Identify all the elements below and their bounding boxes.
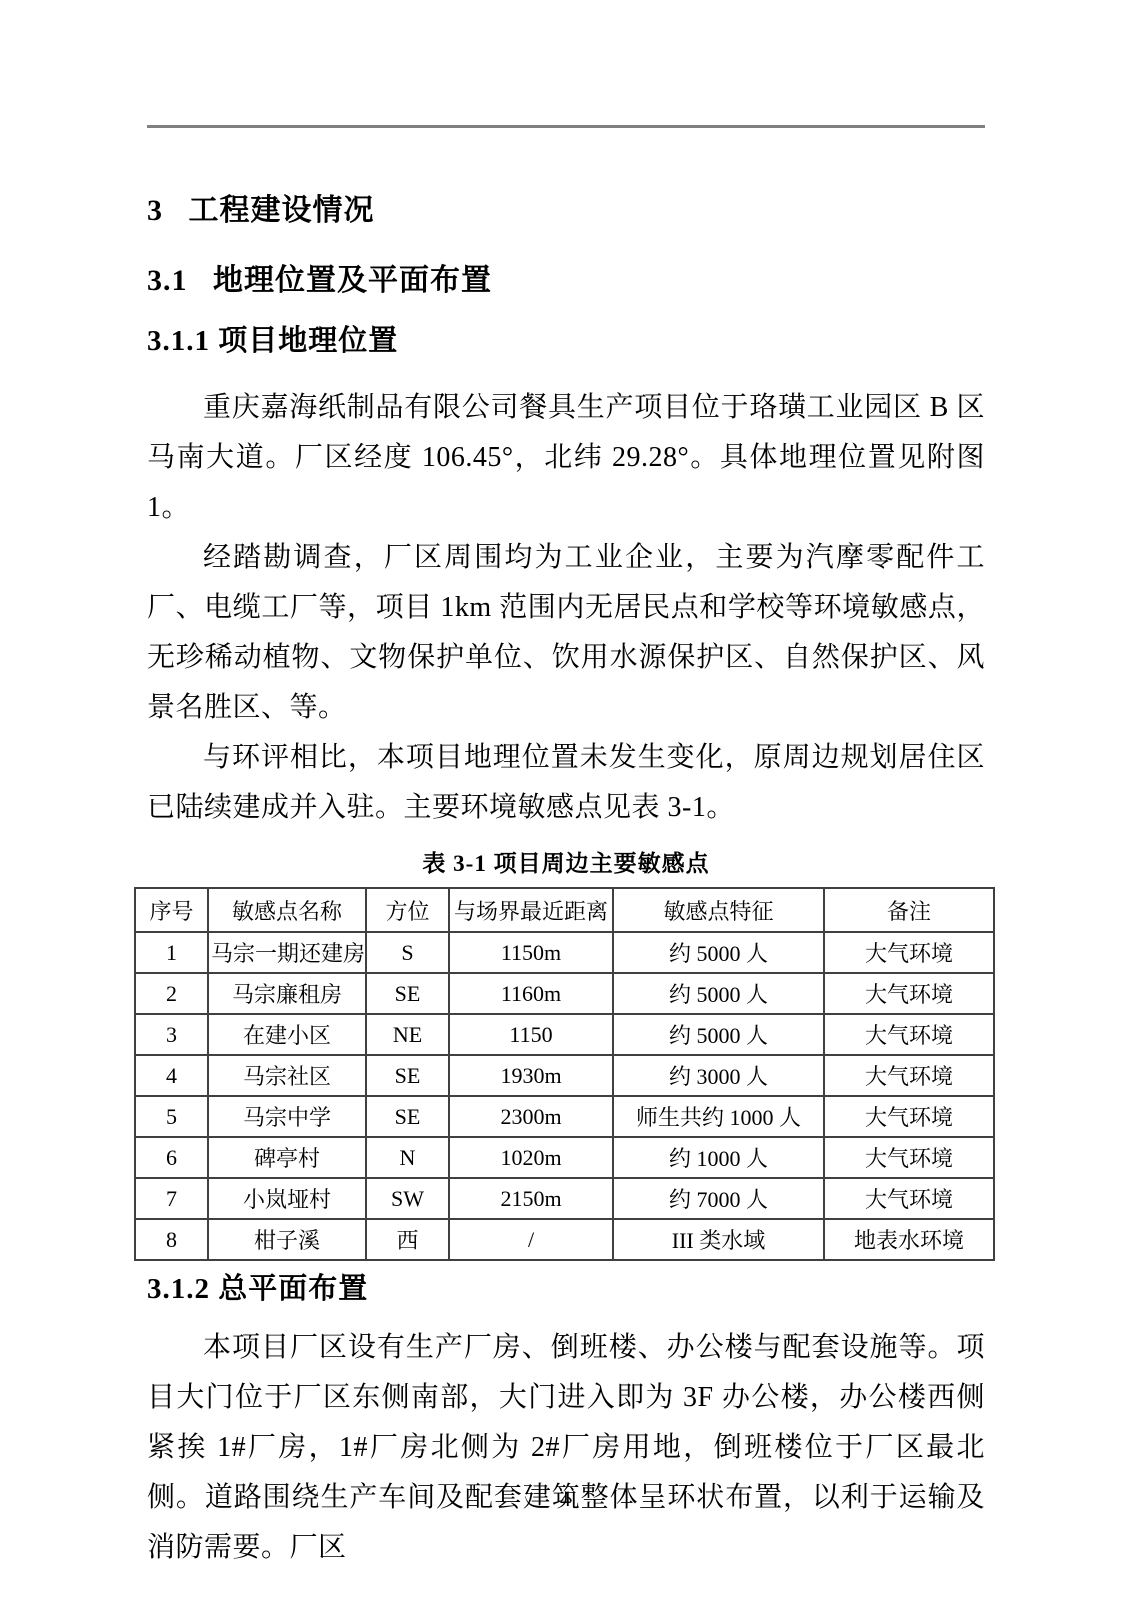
column-header: 与场界最近距离 <box>449 888 613 932</box>
table-cell: NE <box>366 1014 449 1055</box>
body-text-block-1: 重庆嘉海纸制品有限公司餐具生产项目位于珞璜工业园区 B 区马南大道。厂区经度 1… <box>147 383 985 833</box>
table-cell: III 类水域 <box>613 1219 824 1260</box>
table-body: 1马宗一期还建房S1150m约 5000 人大气环境2马宗廉租房SE1160m约… <box>135 932 994 1260</box>
table-cell: S <box>366 932 449 973</box>
table-row: 4马宗社区SE1930m约 3000 人大气环境 <box>135 1055 994 1096</box>
table-cell: 2 <box>135 973 208 1014</box>
table-cell: 马宗中学 <box>208 1096 366 1137</box>
page-number: 4 <box>0 1486 1131 1512</box>
sensitive-points-table: 序号敏感点名称方位与场界最近距离敏感点特征备注 1马宗一期还建房S1150m约 … <box>134 887 995 1261</box>
table-cell: 大气环境 <box>824 973 994 1014</box>
paragraph: 本项目厂区设有生产厂房、倒班楼、办公楼与配套设施等。项目大门位于厂区东侧南部，大… <box>147 1323 985 1573</box>
table-cell: N <box>366 1137 449 1178</box>
column-header: 敏感点名称 <box>208 888 366 932</box>
table-cell: 8 <box>135 1219 208 1260</box>
table-header-row: 序号敏感点名称方位与场界最近距离敏感点特征备注 <box>135 888 994 932</box>
table-row: 2马宗廉租房SE1160m约 5000 人大气环境 <box>135 973 994 1014</box>
column-header: 序号 <box>135 888 208 932</box>
table-cell: 大气环境 <box>824 1178 994 1219</box>
table-cell: 6 <box>135 1137 208 1178</box>
subsubsection-heading-layout: 3.1.2 总平面布置 <box>147 1266 985 1307</box>
table-cell: 7 <box>135 1178 208 1219</box>
table-row: 3在建小区NE1150约 5000 人大气环境 <box>135 1014 994 1055</box>
table-cell: SE <box>366 1055 449 1096</box>
table-cell: SW <box>366 1178 449 1219</box>
table-cell: 西 <box>366 1219 449 1260</box>
table-cell: 在建小区 <box>208 1014 366 1055</box>
subsection-heading: 3.1 地理位置及平面布置 <box>147 255 985 299</box>
table-cell: 约 7000 人 <box>613 1178 824 1219</box>
table-cell: 约 3000 人 <box>613 1055 824 1096</box>
table-cell: 约 5000 人 <box>613 1014 824 1055</box>
table-cell: 马宗社区 <box>208 1055 366 1096</box>
table-cell: 1150 <box>449 1014 613 1055</box>
table-cell: SE <box>366 973 449 1014</box>
table-cell: 1 <box>135 932 208 973</box>
table-cell: 3 <box>135 1014 208 1055</box>
paragraph: 重庆嘉海纸制品有限公司餐具生产项目位于珞璜工业园区 B 区马南大道。厂区经度 1… <box>147 383 985 533</box>
table-cell: 碑亭村 <box>208 1137 366 1178</box>
table-cell: 2150m <box>449 1178 613 1219</box>
table-cell: 4 <box>135 1055 208 1096</box>
table-row: 8柑子溪西/III 类水域地表水环境 <box>135 1219 994 1260</box>
table-cell: 5 <box>135 1096 208 1137</box>
paragraph: 经踏勘调查，厂区周围均为工业企业，主要为汽摩零配件工厂、电缆工厂等，项目 1km… <box>147 533 985 733</box>
table-cell: 师生共约 1000 人 <box>613 1096 824 1137</box>
table-cell: 马宗一期还建房 <box>208 932 366 973</box>
table-caption: 表 3-1 项目周边主要敏感点 <box>147 845 985 878</box>
body-text-block-2: 本项目厂区设有生产厂房、倒班楼、办公楼与配套设施等。项目大门位于厂区东侧南部，大… <box>147 1323 985 1573</box>
table-cell: 1930m <box>449 1055 613 1096</box>
table-cell: 马宗廉租房 <box>208 973 366 1014</box>
table-row: 1马宗一期还建房S1150m约 5000 人大气环境 <box>135 932 994 973</box>
column-header: 敏感点特征 <box>613 888 824 932</box>
header-rule <box>147 125 985 128</box>
table-cell: 大气环境 <box>824 1014 994 1055</box>
subsubsection-heading-geo: 3.1.1 项目地理位置 <box>147 318 985 359</box>
paragraph: 与环评相比，本项目地理位置未发生变化，原周边规划居住区已陆续建成并入驻。主要环境… <box>147 733 985 833</box>
table-row: 6碑亭村N1020m约 1000 人大气环境 <box>135 1137 994 1178</box>
table-cell: 大气环境 <box>824 932 994 973</box>
table-cell: 约 5000 人 <box>613 973 824 1014</box>
table-cell: 1160m <box>449 973 613 1014</box>
table-cell: 地表水环境 <box>824 1219 994 1260</box>
table-row: 5马宗中学SE2300m师生共约 1000 人大气环境 <box>135 1096 994 1137</box>
table-cell: 1150m <box>449 932 613 973</box>
column-header: 备注 <box>824 888 994 932</box>
table-cell: 大气环境 <box>824 1055 994 1096</box>
table-cell: 小岚垭村 <box>208 1178 366 1219</box>
table-cell: 1020m <box>449 1137 613 1178</box>
table-cell: 2300m <box>449 1096 613 1137</box>
table-cell: / <box>449 1219 613 1260</box>
document-page: 3 工程建设情况 3.1 地理位置及平面布置 3.1.1 项目地理位置 重庆嘉海… <box>0 0 1131 1600</box>
table-cell: 大气环境 <box>824 1096 994 1137</box>
column-header: 方位 <box>366 888 449 932</box>
table-cell: 柑子溪 <box>208 1219 366 1260</box>
table-cell: 大气环境 <box>824 1137 994 1178</box>
table-row: 7小岚垭村SW2150m约 7000 人大气环境 <box>135 1178 994 1219</box>
section-heading: 3 工程建设情况 <box>147 185 985 229</box>
table-cell: 约 1000 人 <box>613 1137 824 1178</box>
table-cell: 约 5000 人 <box>613 932 824 973</box>
table-cell: SE <box>366 1096 449 1137</box>
